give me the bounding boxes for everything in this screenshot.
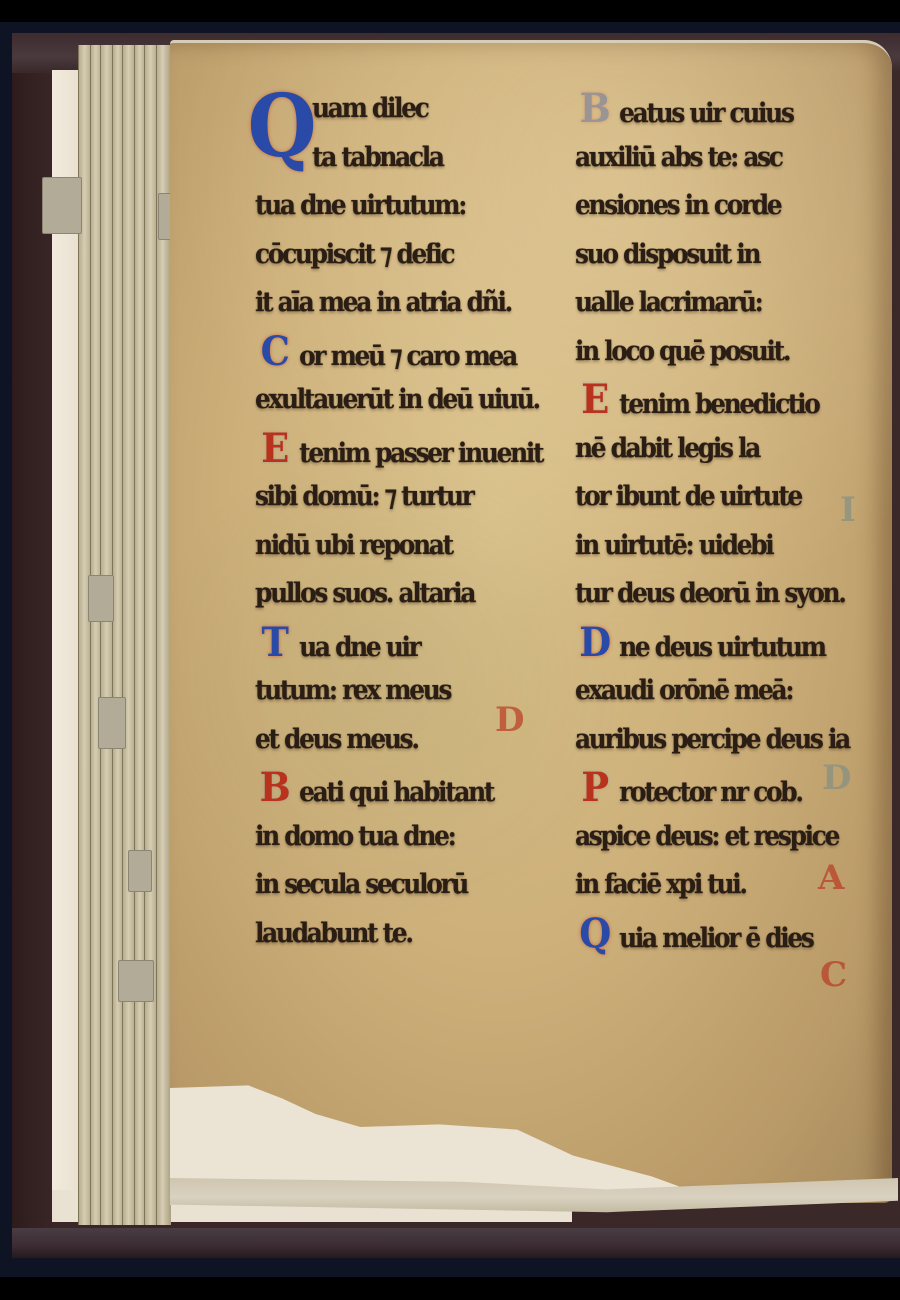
guard-tab	[128, 850, 152, 892]
line-text: ua dne uir	[299, 632, 419, 663]
guard-tab	[88, 575, 114, 622]
decorated-initial: E	[255, 425, 295, 474]
text-column-left: Quam dilecta tabnaclatua dne uirtutum:cō…	[255, 85, 535, 958]
text-line: it aīa mea in atria dñi.	[255, 279, 513, 328]
line-text: it aīa mea in atria dñi.	[255, 287, 511, 318]
text-line: exaudi orōnē meā:	[575, 667, 833, 716]
text-line: tur deus deorū in syon.	[575, 570, 833, 619]
text-line: auxiliū abs te: asc	[575, 134, 833, 183]
text-line: in uirtutē: uidebi	[575, 522, 833, 571]
line-text: suo disposuit in	[575, 239, 759, 270]
decorated-initial: D	[575, 619, 615, 668]
line-text: cōcupiscit ⁊ defic	[255, 239, 453, 270]
text-line: in domo tua dne:	[255, 813, 513, 862]
decorated-initial: P	[575, 764, 615, 813]
line-text: aspice deus: et respice	[575, 821, 838, 852]
text-line: ta tabnacla	[255, 134, 513, 183]
line-text: ta tabnacla	[312, 142, 443, 173]
text-line: in loco quē posuit.	[575, 328, 833, 377]
line-text: in uirtutē: uidebi	[575, 530, 772, 561]
text-line: et deus meus.	[255, 716, 513, 765]
line-text: ensiones in corde	[575, 190, 780, 221]
decorated-initial: C	[255, 328, 295, 377]
decorated-initial: B	[575, 85, 615, 134]
line-text: auxiliū abs te: asc	[575, 142, 782, 173]
text-line: pullos suos. altaria	[255, 570, 513, 619]
text-line: laudabunt te.	[255, 910, 513, 959]
line-text: in domo tua dne:	[255, 821, 454, 852]
text-line: cōcupiscit ⁊ defic	[255, 231, 513, 280]
text-line: Etenim passer inuenit	[255, 425, 513, 474]
text-line: Beatus uir cuius	[575, 85, 833, 134]
line-text: laudabunt te.	[255, 918, 412, 949]
line-text: tutum: rex meus	[255, 675, 450, 706]
binding-bottom-edge	[12, 1228, 900, 1258]
text-line: Beati qui habitant	[255, 764, 513, 813]
text-line: Quam dilec	[255, 85, 513, 134]
margin-initial: A	[818, 858, 844, 898]
line-text: uia melior ē dies	[619, 923, 812, 954]
line-text: nē dabit legis la	[575, 433, 759, 464]
text-line: ensiones in corde	[575, 182, 833, 231]
line-text: ne deus uirtutum	[619, 632, 825, 663]
margin-initial: D	[822, 758, 851, 798]
text-line: suo disposuit in	[575, 231, 833, 280]
text-line: tor ibunt de uirtute	[575, 473, 833, 522]
text-line: Tua dne uir	[255, 619, 513, 668]
line-text: ualle lacrimarū:	[575, 287, 762, 318]
line-text: tor ibunt de uirtute	[575, 481, 801, 512]
text-line: Etenim benedictio	[575, 376, 833, 425]
guard-tab	[98, 697, 126, 749]
margin-initial: I	[840, 490, 856, 530]
guard-tab	[118, 960, 154, 1002]
text-line: auribus percipe deus ia	[575, 716, 833, 765]
decorated-initial: E	[575, 376, 615, 425]
decorated-initial: T	[255, 619, 295, 668]
line-text: exaudi orōnē meā:	[575, 675, 792, 706]
decorated-initial: B	[255, 764, 295, 813]
line-text: tur deus deorū in syon.	[575, 578, 845, 609]
line-text: in faciē xpi tui.	[575, 869, 746, 900]
line-text: tenim passer inuenit	[299, 438, 542, 469]
text-line: tutum: rex meus	[255, 667, 513, 716]
text-line: sibi domū: ⁊ turtur	[255, 473, 513, 522]
text-line: ualle lacrimarū:	[575, 279, 833, 328]
text-line: aspice deus: et respice	[575, 813, 833, 862]
line-text: pullos suos. altaria	[255, 578, 474, 609]
line-text: eatus uir cuius	[619, 98, 792, 129]
text-line: nē dabit legis la	[575, 425, 833, 474]
line-text: exultauerūt in deū uiuū.	[255, 384, 539, 415]
guard-tab	[42, 177, 82, 234]
text-line: in faciē xpi tui.	[575, 861, 833, 910]
line-text: eati qui habitant	[299, 777, 493, 808]
line-text: sibi domū: ⁊ turtur	[255, 481, 473, 512]
text-line: nidū ubi reponat	[255, 522, 513, 571]
line-text: or meū ⁊ caro mea	[299, 341, 516, 372]
margin-initial: C	[820, 955, 847, 995]
margin-initial: D	[495, 700, 524, 740]
line-text: tua dne uirtutum:	[255, 190, 465, 221]
decorated-initial: Q	[575, 910, 615, 959]
line-text: et deus meus.	[255, 724, 418, 755]
text-line: Cor meū ⁊ caro mea	[255, 328, 513, 377]
line-text: in secula seculorū	[255, 869, 467, 900]
line-text: auribus percipe deus ia	[575, 724, 849, 755]
text-line: in secula seculorū	[255, 861, 513, 910]
text-line: Protector nr cob.	[575, 764, 833, 813]
text-line: Quia melior ē dies	[575, 910, 833, 959]
line-text: nidū ubi reponat	[255, 530, 452, 561]
text-line: tua dne uirtutum:	[255, 182, 513, 231]
text-column-right: Beatus uir cuiusauxiliū abs te: ascensio…	[575, 85, 855, 958]
text-line: Dne deus uirtutum	[575, 619, 833, 668]
line-text: in loco quē posuit.	[575, 336, 789, 367]
line-text: rotector nr cob.	[619, 777, 802, 808]
text-line: exultauerūt in deū uiuū.	[255, 376, 513, 425]
line-text: tenim benedictio	[619, 389, 818, 420]
line-text: uam dilec	[312, 93, 428, 124]
